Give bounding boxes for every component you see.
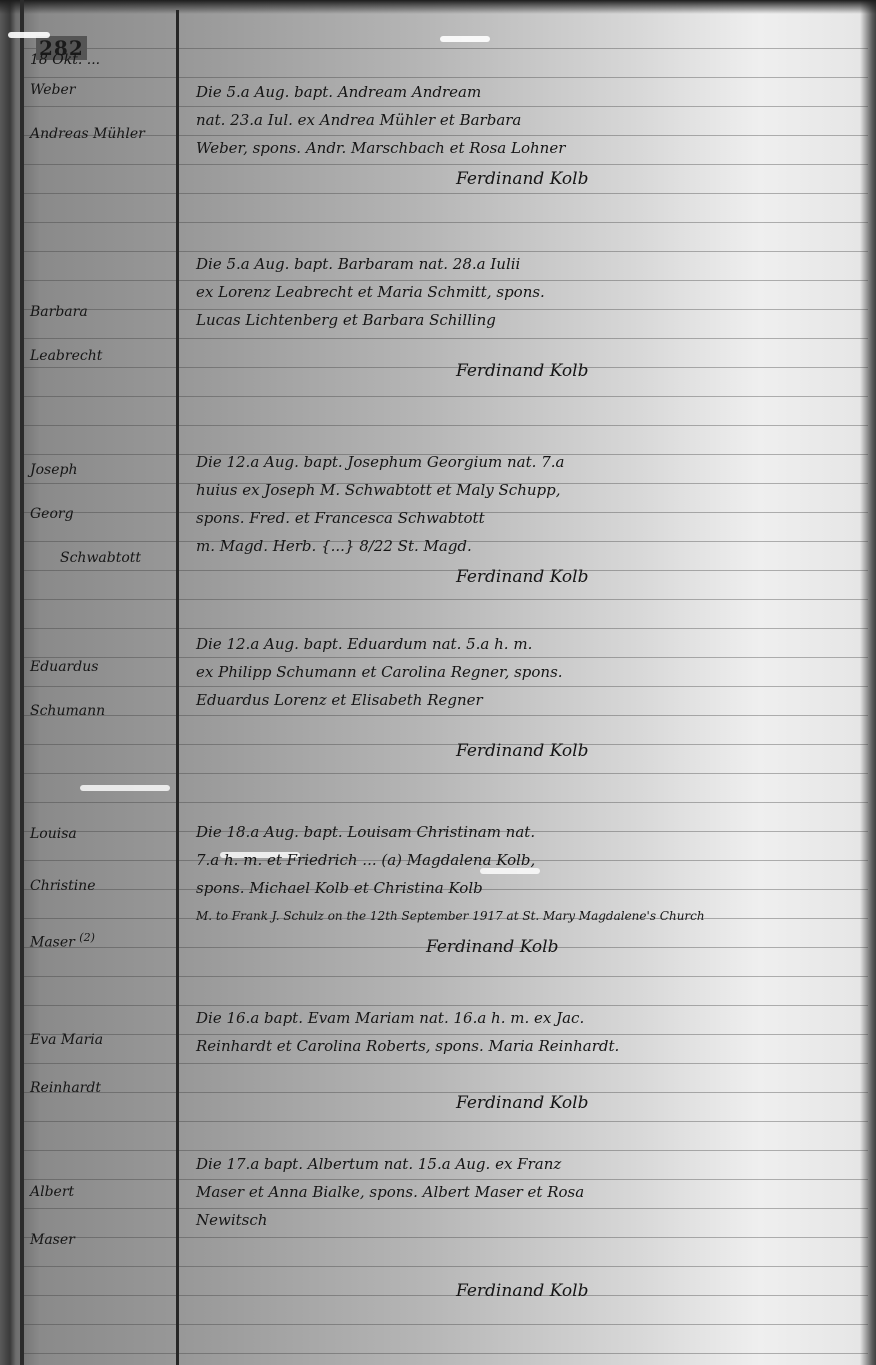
margin-child-name: Georg bbox=[30, 492, 175, 536]
margin-surname: Reinhardt bbox=[30, 1066, 175, 1110]
margin-child-name: Joseph bbox=[30, 448, 175, 492]
paper-damage bbox=[80, 785, 170, 791]
entry-line: Newitsch bbox=[196, 1206, 836, 1234]
entry-line: spons. Fred. et Francesca Schwabtott bbox=[196, 504, 836, 532]
entry-line: Die 12.a Aug. bapt. Josephum Georgium na… bbox=[196, 448, 836, 476]
margin-rule bbox=[176, 10, 179, 1365]
entry-3-margin: Joseph Georg Schwabtott bbox=[30, 448, 175, 580]
entry-4: Die 12.a Aug. bapt. Eduardum nat. 5.a h.… bbox=[196, 630, 836, 768]
entry-line: Reinhardt et Carolina Roberts, spons. Ma… bbox=[196, 1032, 836, 1060]
entry-line: Lucas Lichtenberg et Barbara Schilling bbox=[196, 306, 836, 334]
margin-surname: Maser bbox=[30, 935, 75, 951]
entry-line: spons. Michael Kolb et Christina Kolb bbox=[196, 874, 836, 902]
priest-signature: Ferdinand Kolb bbox=[196, 1274, 836, 1308]
entry-1-margin: 18 Okt. ... Weber Andreas Mühler bbox=[30, 38, 175, 156]
entry-line: Die 16.a bapt. Evam Mariam nat. 16.a h. … bbox=[196, 1004, 836, 1032]
margin-surname: Schumann bbox=[30, 689, 175, 733]
entry-line: Eduardus Lorenz et Elisabeth Regner bbox=[196, 686, 836, 714]
entry-line: Die 5.a Aug. bapt. Barbaram nat. 28.a Iu… bbox=[196, 250, 836, 278]
entry-4-margin: Eduardus Schumann bbox=[30, 645, 175, 733]
margin-child-name: Eduardus bbox=[30, 645, 175, 689]
register-page: 282 18 Okt. ... Weber Andreas Mühler Die… bbox=[0, 0, 876, 1365]
scan-edge-shadow bbox=[0, 0, 876, 14]
margin-surname: Leabrecht bbox=[30, 334, 175, 378]
margin-child-name: Albert bbox=[30, 1170, 175, 1214]
priest-signature: Ferdinand Kolb bbox=[196, 1086, 836, 1120]
margin-surname-row: Maser (2) bbox=[30, 916, 175, 965]
priest-signature: Ferdinand Kolb bbox=[196, 162, 836, 196]
entry-1: Die 5.a Aug. bapt. Andream Andream nat. … bbox=[196, 78, 836, 196]
margin-note: (2) bbox=[79, 931, 95, 944]
entry-line: Die 5.a Aug. bapt. Andream Andream bbox=[196, 78, 836, 106]
entry-line: Die 18.a Aug. bapt. Louisam Christinam n… bbox=[196, 818, 836, 846]
entry-line: Weber, spons. Andr. Marschbach et Rosa L… bbox=[196, 134, 836, 162]
entry-5: Die 18.a Aug. bapt. Louisam Christinam n… bbox=[196, 818, 836, 964]
entry-5-margin: Louisa Christine Maser (2) bbox=[30, 812, 175, 965]
entry-line: Maser et Anna Bialke, spons. Albert Mase… bbox=[196, 1178, 836, 1206]
margin-child-name: Barbara bbox=[30, 290, 175, 334]
entry-line: huius ex Joseph M. Schwabtott et Maly Sc… bbox=[196, 476, 836, 504]
entry-7: Die 17.a bapt. Albertum nat. 15.a Aug. e… bbox=[196, 1150, 836, 1308]
margin-child-name: Louisa bbox=[30, 812, 175, 856]
priest-signature: Ferdinand Kolb bbox=[196, 734, 836, 768]
entry-7-margin: Albert Maser bbox=[30, 1170, 175, 1262]
entry-2-margin: Barbara Leabrecht bbox=[30, 290, 175, 378]
binding-edge bbox=[20, 0, 24, 1365]
paper-damage bbox=[440, 36, 490, 42]
marriage-annotation: m. Magd. Herb. {...} 8/22 St. Magd. bbox=[196, 532, 836, 560]
priest-signature: Ferdinand Kolb bbox=[196, 560, 836, 594]
margin-text: Weber bbox=[30, 68, 175, 112]
entry-3: Die 12.a Aug. bapt. Josephum Georgium na… bbox=[196, 448, 836, 594]
margin-child-name: Christine bbox=[30, 864, 175, 908]
priest-signature: Ferdinand Kolb bbox=[196, 930, 836, 964]
priest-signature: Ferdinand Kolb bbox=[196, 354, 836, 388]
entry-line: ex Lorenz Leabrecht et Maria Schmitt, sp… bbox=[196, 278, 836, 306]
entry-6: Die 16.a bapt. Evam Mariam nat. 16.a h. … bbox=[196, 1004, 836, 1120]
entry-line: ex Philipp Schumann et Carolina Regner, … bbox=[196, 658, 836, 686]
marriage-annotation: M. to Frank J. Schulz on the 12th Septem… bbox=[196, 902, 836, 930]
margin-surname: Schwabtott bbox=[30, 536, 175, 580]
entry-line: nat. 23.a Iul. ex Andrea Mühler et Barba… bbox=[196, 106, 836, 134]
entry-line: 7.a h. m. et Friedrich ... (a) Magdalena… bbox=[196, 846, 836, 874]
entry-line: Die 12.a Aug. bapt. Eduardum nat. 5.a h.… bbox=[196, 630, 836, 658]
margin-child-name: Eva Maria bbox=[30, 1018, 175, 1062]
entry-2: Die 5.a Aug. bapt. Barbaram nat. 28.a Iu… bbox=[196, 250, 836, 388]
entry-6-margin: Eva Maria Reinhardt bbox=[30, 1018, 175, 1110]
entry-line: Die 17.a bapt. Albertum nat. 15.a Aug. e… bbox=[196, 1150, 836, 1178]
margin-surname: Maser bbox=[30, 1218, 175, 1262]
margin-child-name: Andreas Mühler bbox=[30, 112, 175, 156]
